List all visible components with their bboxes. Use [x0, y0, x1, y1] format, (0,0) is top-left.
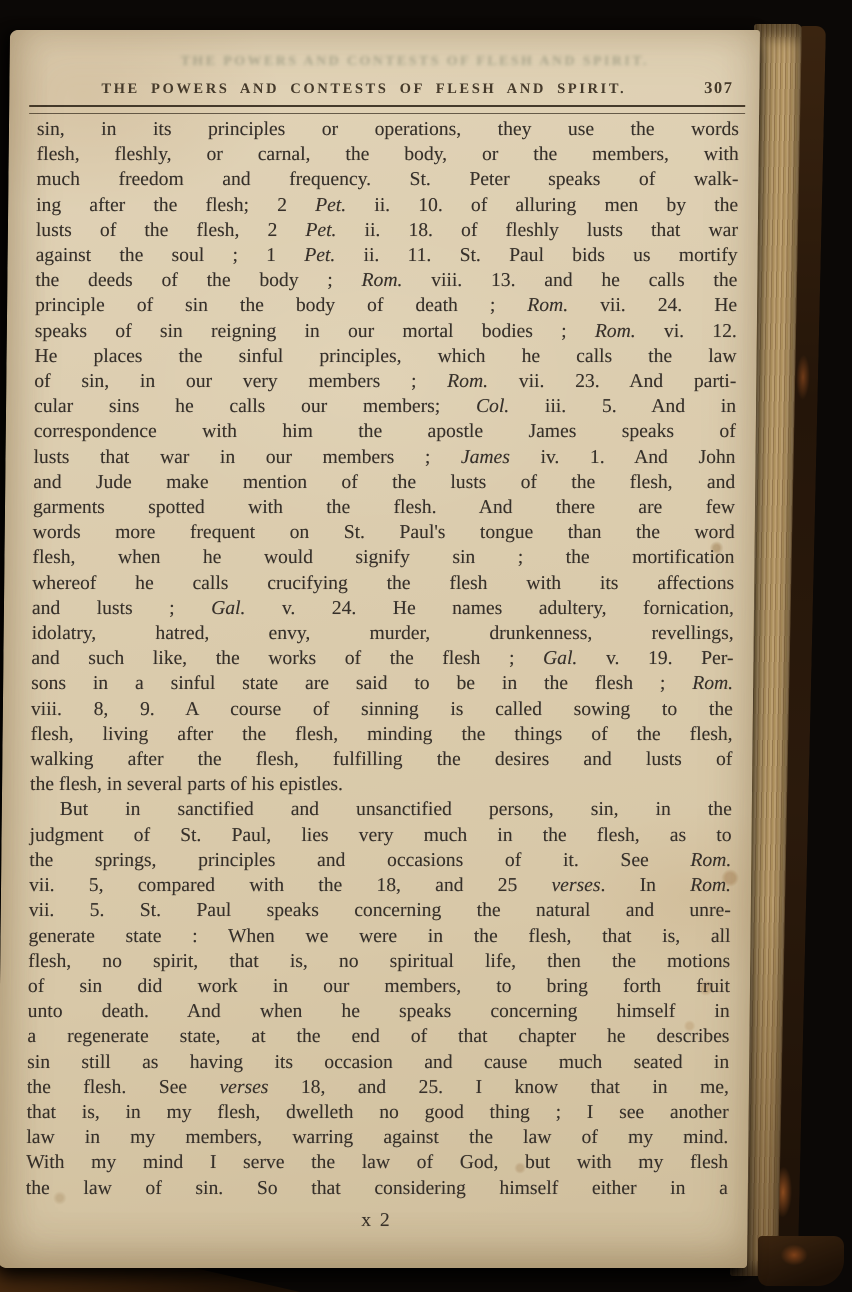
text-line: and Jude make mention of the lusts of th…: [33, 470, 735, 495]
text-line: lusts of the flesh, 2 Pet. ii. 18. of fl…: [36, 218, 738, 243]
text-line: flesh, fleshly, or carnal, the body, or …: [37, 142, 739, 167]
text-line: sin, in its principles or operations, th…: [37, 117, 739, 142]
text-line: the flesh. See verses 18, and 25. I know…: [27, 1075, 729, 1100]
text-line: the law of sin. So that considering hims…: [26, 1176, 728, 1201]
book-photo-background: THE POWERS AND CONTESTS OF FLESH AND SPI…: [0, 0, 852, 1292]
text-line: With my mind I serve the law of God, but…: [26, 1150, 728, 1175]
text-line: that is, in my flesh, dwelleth no good t…: [27, 1100, 729, 1125]
text-line: vii. 5, compared with the 18, and 25 ver…: [29, 873, 731, 898]
text-line: sons in a sinful state are said to be in…: [31, 671, 733, 696]
page-number: 307: [704, 78, 733, 98]
text-line: the deeds of the body ; Rom. viii. 13. a…: [35, 268, 737, 293]
text-line: flesh, no spirit, that is, no spiritual …: [28, 949, 730, 974]
running-head-title: THE POWERS AND CONTESTS OF FLESH AND SPI…: [101, 81, 626, 98]
text-line: and such like, the works of the flesh ; …: [31, 646, 733, 671]
text-line: much freedom and frequency. St. Peter sp…: [36, 167, 738, 192]
text-line: vii. 5. St. Paul speaks concerning the n…: [29, 898, 731, 923]
text-line: principle of sin the body of death ; Rom…: [35, 293, 737, 318]
text-line: flesh, when he would signify sin ; the m…: [32, 545, 734, 570]
text-line: garments spotted with the flesh. And the…: [33, 495, 735, 520]
header-ghost-showthrough: THE POWERS AND CONTESTS OF FLESH AND SPI…: [100, 54, 730, 70]
text-line: speaks of sin reigning in our mortal bod…: [35, 319, 737, 344]
text-line: and lusts ; Gal. v. 24. He names adulter…: [32, 596, 734, 621]
text-line: the flesh, in several parts of his epist…: [30, 772, 732, 797]
text-line: He places the sinful principles, which h…: [34, 344, 736, 369]
text-line: whereof he calls crucifying the flesh wi…: [32, 571, 734, 596]
text-line: generate state : When we were in the fle…: [28, 924, 730, 949]
text-line: correspondence with him the apostle Jame…: [34, 419, 736, 444]
text-line: ing after the flesh; 2 Pet. ii. 10. of a…: [36, 193, 738, 218]
text-line: words more frequent on St. Paul's tongue…: [33, 520, 735, 545]
signature-mark: x 2: [25, 1208, 727, 1233]
text-line: viii. 8, 9. A course of sinning is calle…: [31, 697, 733, 722]
text-line: sin still as having its occasion and cau…: [27, 1050, 729, 1075]
page-header: THE POWERS AND CONTESTS OF FLESH AND SPI…: [101, 78, 733, 98]
text-line: But in sanctified and unsanctified perso…: [30, 797, 732, 822]
text-line: a regenerate state, at the end of that c…: [27, 1024, 729, 1049]
body-text: sin, in its principles or operations, th…: [25, 117, 739, 1233]
book-page: THE POWERS AND CONTESTS OF FLESH AND SPI…: [0, 30, 760, 1268]
book-cover-corner-bottom-right: [758, 1236, 844, 1286]
text-line: walking after the flesh, fulfilling the …: [30, 747, 732, 772]
text-line: of sin, in our very members ; Rom. vii. …: [34, 369, 736, 394]
text-line: the springs, principles and occasions of…: [29, 848, 731, 873]
text-line: cular sins he calls our members; Col. ii…: [34, 394, 736, 419]
header-double-rule: [29, 105, 745, 114]
text-line: against the soul ; 1 Pet. ii. 11. St. Pa…: [36, 243, 738, 268]
text-line: of sin did work in our members, to bring…: [28, 974, 730, 999]
text-line: idolatry, hatred, envy, murder, drunkenn…: [32, 621, 734, 646]
text-line: unto death. And when he speaks concernin…: [28, 999, 730, 1024]
text-line: flesh, living after the flesh, minding t…: [30, 722, 732, 747]
text-line: judgment of St. Paul, lies very much in …: [29, 823, 731, 848]
text-line: lusts that war in our members ; James iv…: [33, 445, 735, 470]
text-line: law in my members, warring against the l…: [26, 1125, 728, 1150]
